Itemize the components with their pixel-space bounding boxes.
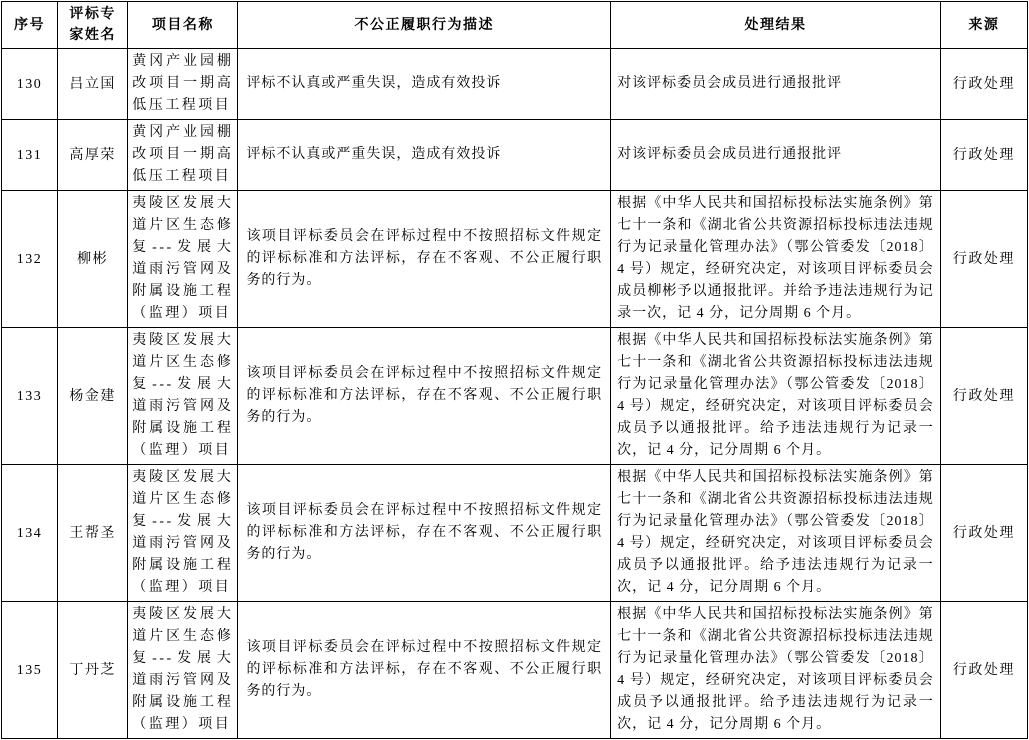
expert-name: 丁丹芝 xyxy=(58,602,128,739)
project-name: 夷陵区发展大道片区生态修复---发展大道雨污管网及附属设施工程（监理）项目 xyxy=(128,465,238,602)
row-number: 131 xyxy=(2,120,58,191)
behavior-description: 评标不认真或严重失误，造成有效投诉 xyxy=(238,49,611,120)
expert-name: 高厚荣 xyxy=(58,120,128,191)
header-source: 来源 xyxy=(940,2,1027,49)
handling-result: 根据《中华人民共和国招标投标法实施条例》第七十一条和《湖北省公共资源招标投标违法… xyxy=(611,191,941,328)
expert-name: 柳彬 xyxy=(58,191,128,328)
header-project-name: 项目名称 xyxy=(128,2,238,49)
source: 行政处理 xyxy=(940,602,1027,739)
project-name: 黄冈产业园棚改项目一期高低压工程项目 xyxy=(128,120,238,191)
row-number: 135 xyxy=(2,602,58,739)
handling-result: 对该评标委员会成员进行通报批评 xyxy=(611,49,941,120)
header-row: 序号 评标专家姓名 项目名称 不公正履职行为描述 处理结果 来源 xyxy=(2,2,1028,49)
handling-result: 根据《中华人民共和国招标投标法实施条例》第七十一条和《湖北省公共资源招标投标违法… xyxy=(611,328,941,465)
behavior-description: 该项目评标委员会在评标过程中不按照招标文件规定的评标标准和方法评标，存在不客观、… xyxy=(238,328,611,465)
source: 行政处理 xyxy=(940,465,1027,602)
behavior-description: 该项目评标委员会在评标过程中不按照招标文件规定的评标标准和方法评标，存在不客观、… xyxy=(238,602,611,739)
table-row: 130 吕立国 黄冈产业园棚改项目一期高低压工程项目 评标不认真或严重失误，造成… xyxy=(2,49,1028,120)
table-body: 130 吕立国 黄冈产业园棚改项目一期高低压工程项目 评标不认真或严重失误，造成… xyxy=(2,49,1028,739)
project-name: 夷陵区发展大道片区生态修复---发展大道雨污管网及附属设施工程（监理）项目 xyxy=(128,328,238,465)
table-header: 序号 评标专家姓名 项目名称 不公正履职行为描述 处理结果 来源 xyxy=(2,2,1028,49)
handling-result: 根据《中华人民共和国招标投标法实施条例》第七十一条和《湖北省公共资源招标投标违法… xyxy=(611,465,941,602)
table-row: 135 丁丹芝 夷陵区发展大道片区生态修复---发展大道雨污管网及附属设施工程（… xyxy=(2,602,1028,739)
row-number: 134 xyxy=(2,465,58,602)
row-number: 132 xyxy=(2,191,58,328)
source: 行政处理 xyxy=(940,191,1027,328)
behavior-description: 评标不认真或严重失误，造成有效投诉 xyxy=(238,120,611,191)
expert-punishment-table: 序号 评标专家姓名 项目名称 不公正履职行为描述 处理结果 来源 130 吕立国… xyxy=(1,1,1028,739)
table-row: 132 柳彬 夷陵区发展大道片区生态修复---发展大道雨污管网及附属设施工程（监… xyxy=(2,191,1028,328)
project-name: 夷陵区发展大道片区生态修复---发展大道雨污管网及附属设施工程（监理）项目 xyxy=(128,602,238,739)
row-number: 130 xyxy=(2,49,58,120)
expert-name: 杨金建 xyxy=(58,328,128,465)
header-no: 序号 xyxy=(2,2,58,49)
project-name: 黄冈产业园棚改项目一期高低压工程项目 xyxy=(128,49,238,120)
project-name: 夷陵区发展大道片区生态修复---发展大道雨污管网及附属设施工程（监理）项目 xyxy=(128,191,238,328)
source: 行政处理 xyxy=(940,328,1027,465)
expert-name: 王帮圣 xyxy=(58,465,128,602)
row-number: 133 xyxy=(2,328,58,465)
table-row: 133 杨金建 夷陵区发展大道片区生态修复---发展大道雨污管网及附属设施工程（… xyxy=(2,328,1028,465)
expert-name: 吕立国 xyxy=(58,49,128,120)
source: 行政处理 xyxy=(940,49,1027,120)
header-result: 处理结果 xyxy=(611,2,941,49)
header-expert-name: 评标专家姓名 xyxy=(58,2,128,49)
table-row: 134 王帮圣 夷陵区发展大道片区生态修复---发展大道雨污管网及附属设施工程（… xyxy=(2,465,1028,602)
behavior-description: 该项目评标委员会在评标过程中不按照招标文件规定的评标标准和方法评标，存在不客观、… xyxy=(238,465,611,602)
table-row: 131 高厚荣 黄冈产业园棚改项目一期高低压工程项目 评标不认真或严重失误，造成… xyxy=(2,120,1028,191)
source: 行政处理 xyxy=(940,120,1027,191)
header-behavior-description: 不公正履职行为描述 xyxy=(238,2,611,49)
behavior-description: 该项目评标委员会在评标过程中不按照招标文件规定的评标标准和方法评标，存在不客观、… xyxy=(238,191,611,328)
handling-result: 对该评标委员会成员进行通报批评 xyxy=(611,120,941,191)
handling-result: 根据《中华人民共和国招标投标法实施条例》第七十一条和《湖北省公共资源招标投标违法… xyxy=(611,602,941,739)
